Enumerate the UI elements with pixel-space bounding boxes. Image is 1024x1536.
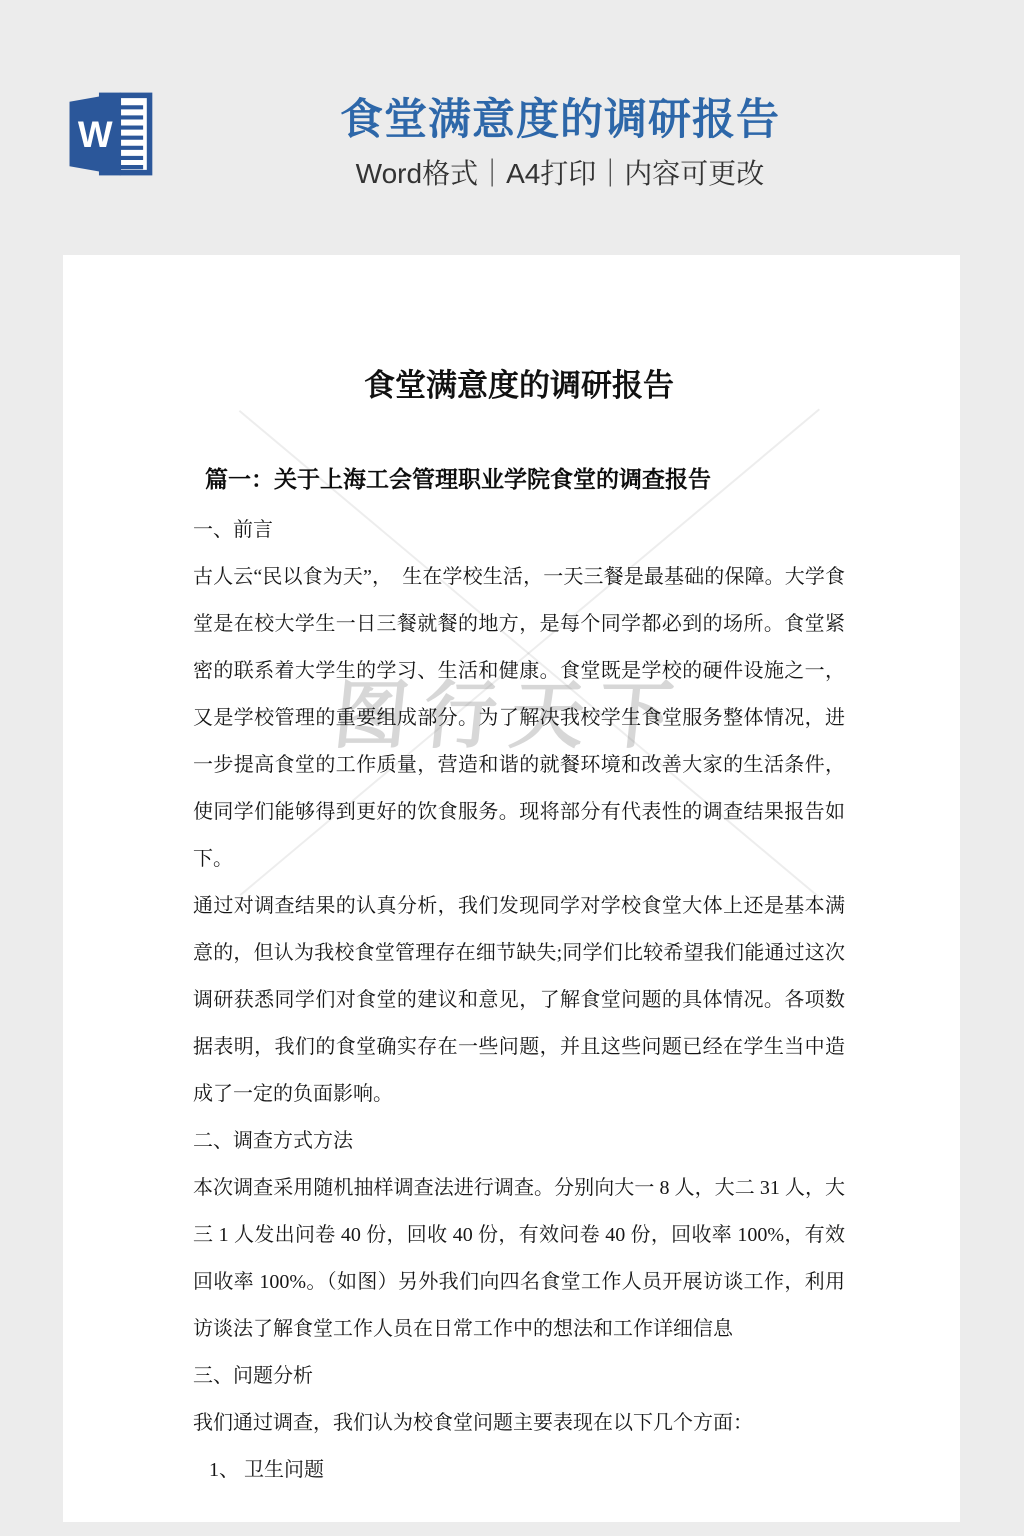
- svg-text:W: W: [78, 114, 113, 155]
- doc-section-heading: 三、问题分析: [193, 1353, 845, 1400]
- document-page: 图行天下 食堂满意度的调研报告 篇一：关于上海工会管理职业学院食堂的调查报告 一…: [63, 255, 960, 1522]
- doc-paragraph: 我们通过调查，我们认为校食堂问题主要表现在以下几个方面：: [193, 1400, 845, 1447]
- document-body: 一、前言古人云“民以食为天”， 生在学校生活，一天三餐是最基础的保障。大学食堂是…: [193, 507, 845, 1494]
- document-heading: 篇一：关于上海工会管理职业学院食堂的调查报告: [193, 463, 845, 495]
- header-subtitle: Word格式｜A4打印｜内容可更改: [200, 152, 920, 192]
- doc-list-item: 1、 卫生问题: [193, 1447, 845, 1494]
- document-content: 食堂满意度的调研报告 篇一：关于上海工会管理职业学院食堂的调查报告 一、前言古人…: [63, 255, 960, 1494]
- page-canvas: W 食堂满意度的调研报告 Word格式｜A4打印｜内容可更改 图行天下 食堂满意…: [0, 0, 1024, 1536]
- document-title: 食堂满意度的调研报告: [193, 365, 845, 407]
- doc-paragraph: 古人云“民以食为天”， 生在学校生活，一天三餐是最基础的保障。大学食堂是在校大学…: [193, 554, 845, 883]
- word-icon: W: [64, 84, 156, 184]
- doc-paragraph: 本次调查采用随机抽样调查法进行调查。分别向大一 8 人，大二 31 人，大三 1…: [193, 1165, 845, 1353]
- doc-paragraph: 通过对调查结果的认真分析，我们发现同学对学校食堂大体上还是基本满意的，但认为我校…: [193, 883, 845, 1118]
- doc-section-heading: 一、前言: [193, 507, 845, 554]
- doc-section-heading: 二、调查方式方法: [193, 1118, 845, 1165]
- header-title: 食堂满意度的调研报告: [200, 86, 920, 147]
